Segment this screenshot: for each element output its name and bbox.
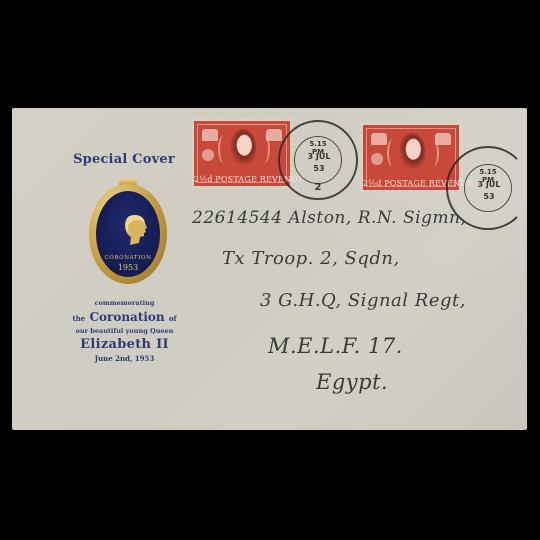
medal-caption: CORONATION [96,255,160,261]
cachet-line-date: June 2nd, 1953 [42,354,207,363]
medal-year: 1953 [96,263,160,272]
postmark-1: 5.15 PM 3 JUL 53 2 [278,120,358,200]
laurel-icon [218,135,230,163]
coronation-medal: CORONATION 1953 [89,178,167,284]
envelope-cover: Special Cover CORONATION 1953 commemorat… [12,108,527,430]
postage-stamp-1: 2½d POSTAGE REVENUE [194,121,290,186]
stamp-denomination: 2½d POSTAGE REVENUE [363,179,459,188]
stamp-denomination: 2½d POSTAGE REVENUE [194,175,290,184]
laurel-icon [387,139,399,167]
laurel-icon [427,139,439,167]
cachet-line-elizabeth: Elizabeth II [42,337,207,352]
cachet-line-commemorating: commemorating [42,299,207,307]
cachet-line-coronation: the Coronation of [42,310,207,324]
queen-portrait [230,129,256,165]
address-line-2: Tx Troop. 2, Sqdn, [222,248,400,269]
queen-portrait [399,133,425,169]
laurel-icon [258,135,270,163]
orb-icon [202,149,214,161]
address-line-1: 22614544 Alston, R.N. Sigmn, [192,208,466,228]
crown-icon [371,133,387,145]
address-line-5: Egypt. [316,370,388,394]
queen-profile-icon [120,213,150,249]
crown-icon [202,129,218,141]
cachet-title: Special Cover [64,152,184,167]
medal-blue-field: CORONATION 1953 [96,191,160,277]
address-line-3: 3 G.H.Q, Signal Regt, [260,290,466,311]
postage-stamp-2: 2½d POSTAGE REVENUE [363,125,459,190]
address-line-4: M.E.L.F. 17. [268,334,403,358]
cachet-line-queen: our beautiful young Queen [42,327,207,335]
orb-icon [371,153,383,165]
